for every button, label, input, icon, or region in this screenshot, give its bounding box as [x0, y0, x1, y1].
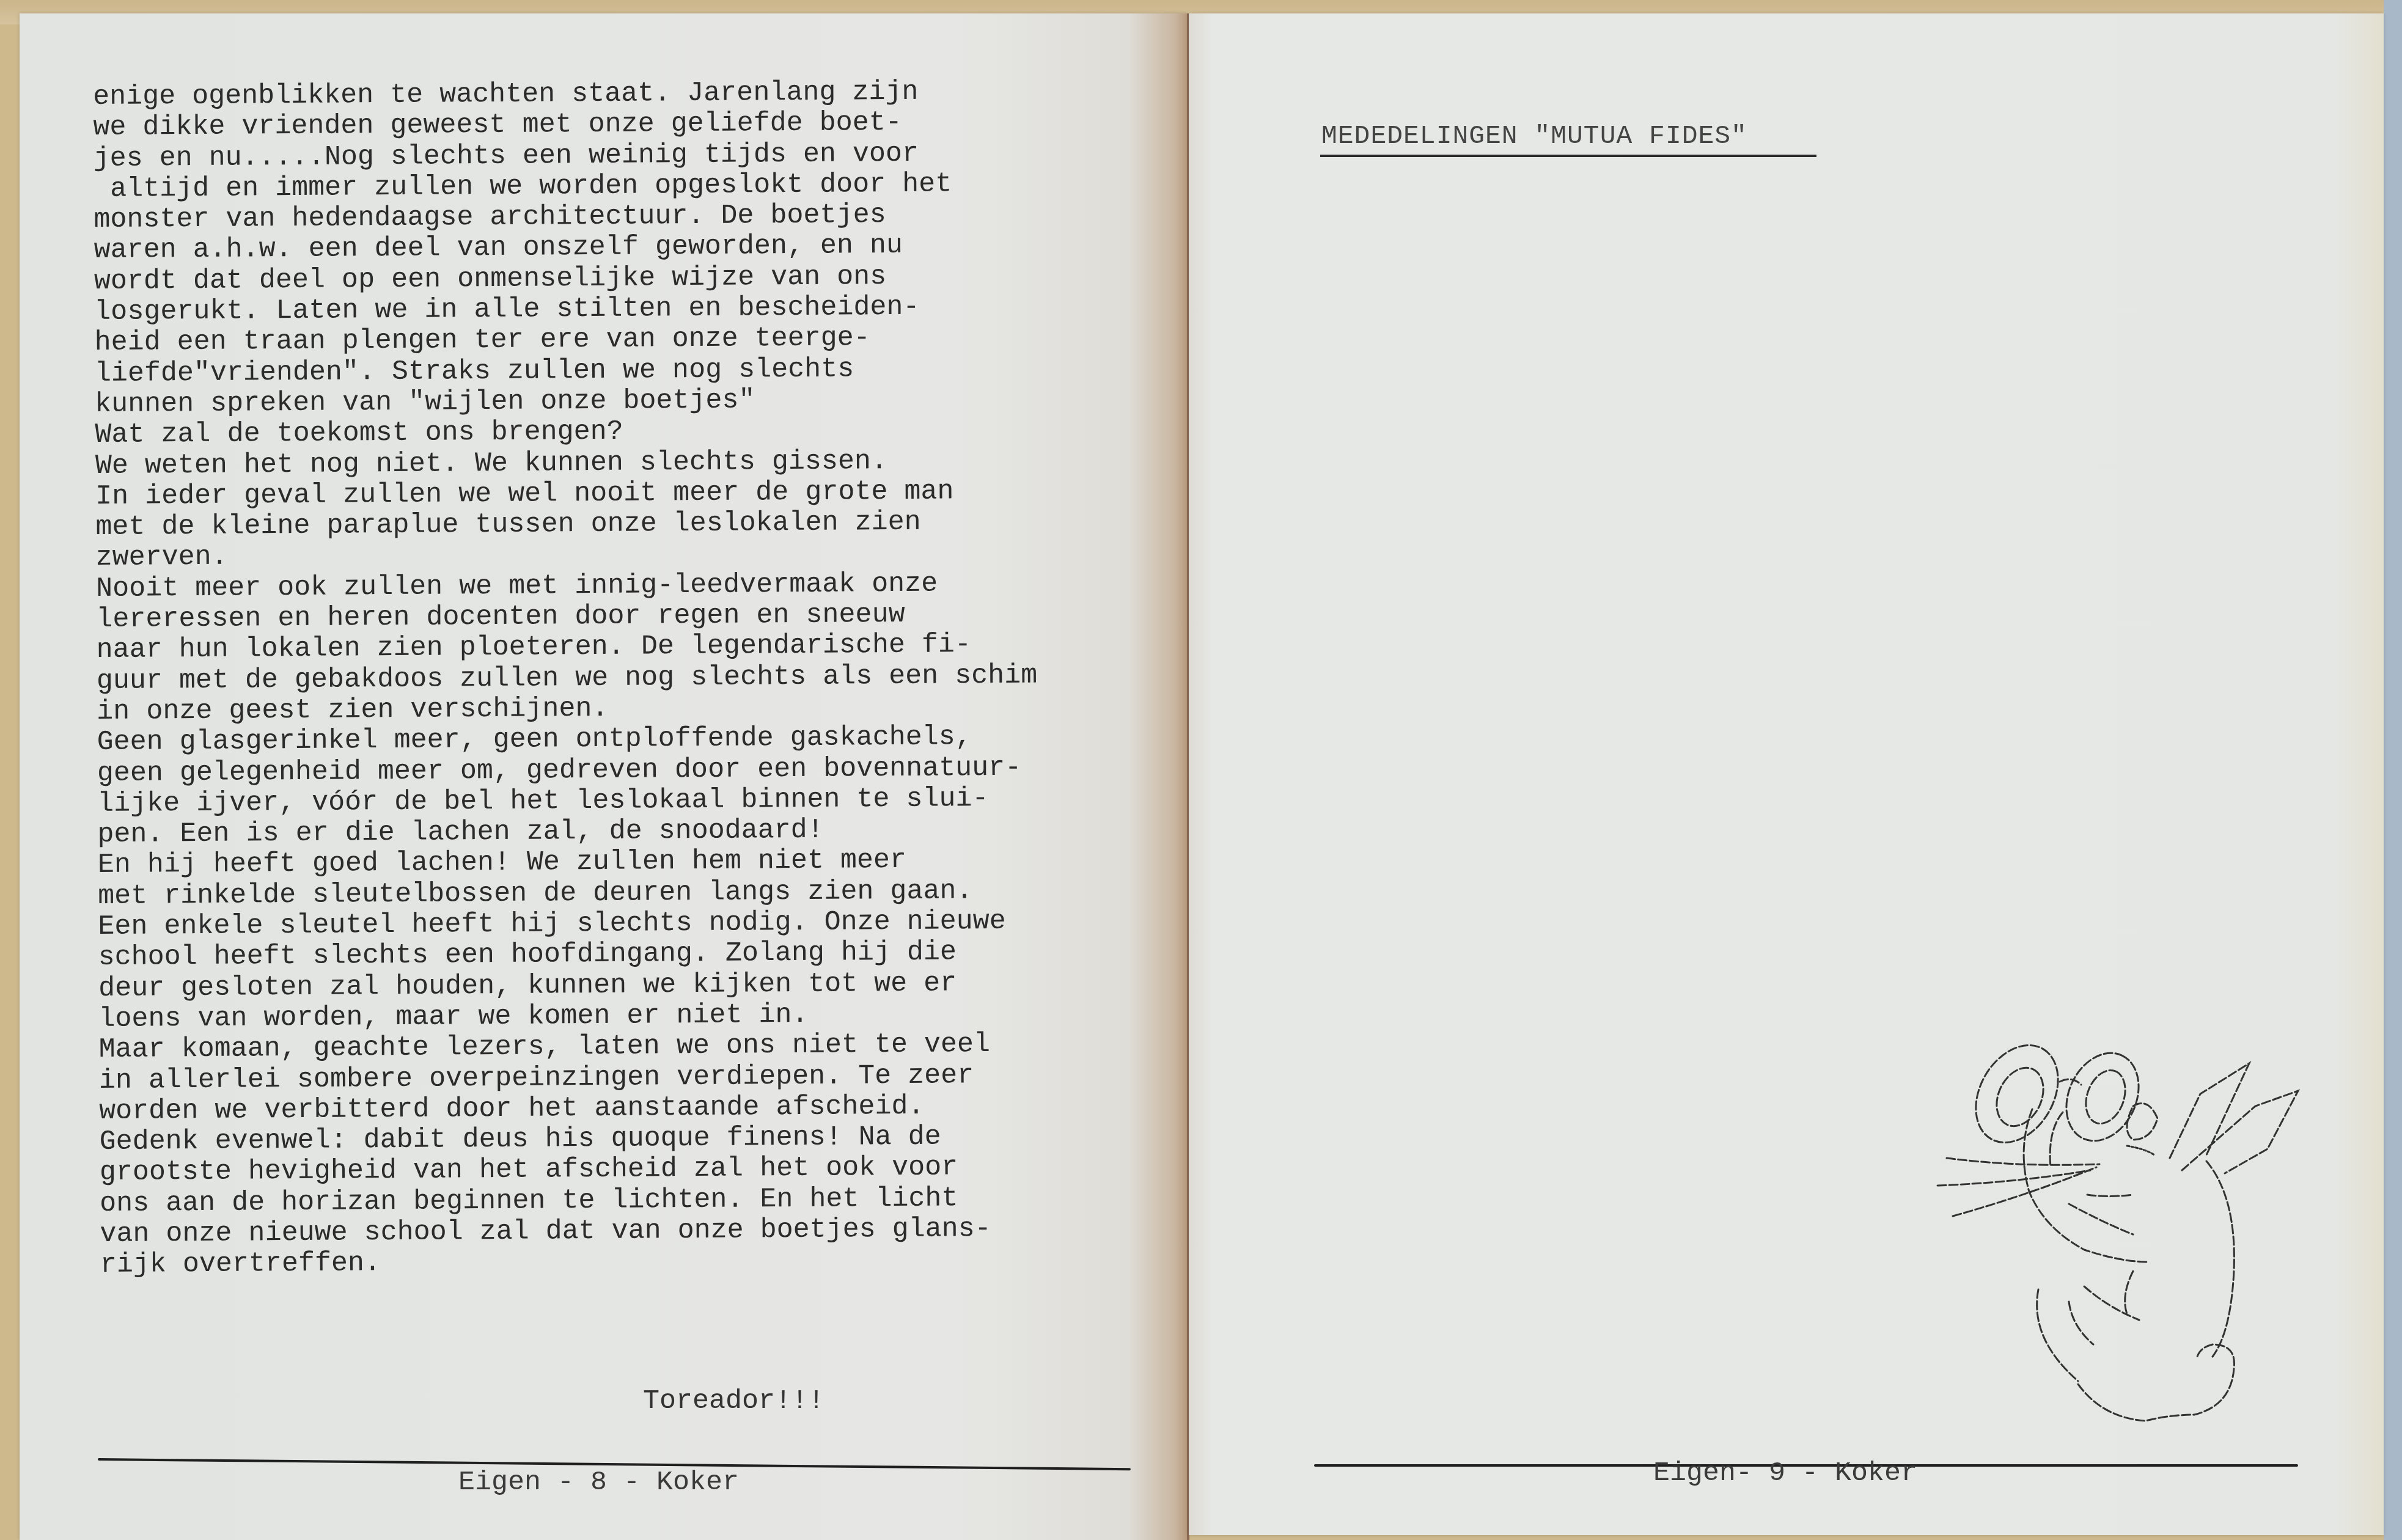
text-line: met de kleine paraplue tussen onze leslo…	[95, 507, 1037, 543]
text-line: rijk overtreffen.	[100, 1244, 1041, 1281]
text-line: waren a.h.w. een deel van onszelf geword…	[94, 230, 1035, 266]
section-heading: MEDEDELINGEN "MUTUA FIDES"	[1321, 121, 1747, 151]
article-body: enige ogenblikken te wachten staat. Jare…	[93, 76, 1041, 1281]
rabbit-sketch-icon	[1925, 1039, 2323, 1467]
text-line: van onze nieuwe school zal dat van onze …	[100, 1214, 1041, 1250]
text-line: altijd en immer zullen we worden opgeslo…	[94, 168, 1035, 205]
page-footer-8: Eigen - 8 - Koker	[458, 1467, 739, 1498]
backdrop-right	[2384, 0, 2402, 1540]
text-line: guur met de gebakdoos zullen we nog slec…	[97, 660, 1038, 697]
text-line: losgerukt. Laten we in alle stilten en b…	[94, 291, 1035, 328]
heading-underline	[1320, 155, 1816, 157]
text-line: lijke ijver, vóór de bel het leslokaal b…	[97, 783, 1038, 820]
page-footer-9: Eigen- 9 - Koker	[1653, 1458, 1917, 1489]
article-signature: Toreador!!!	[643, 1385, 825, 1417]
text-line: deur gesloten zal houden, kunnen we kijk…	[98, 967, 1040, 1004]
left-page: enige ogenblikken te wachten staat. Jare…	[20, 13, 1187, 1540]
